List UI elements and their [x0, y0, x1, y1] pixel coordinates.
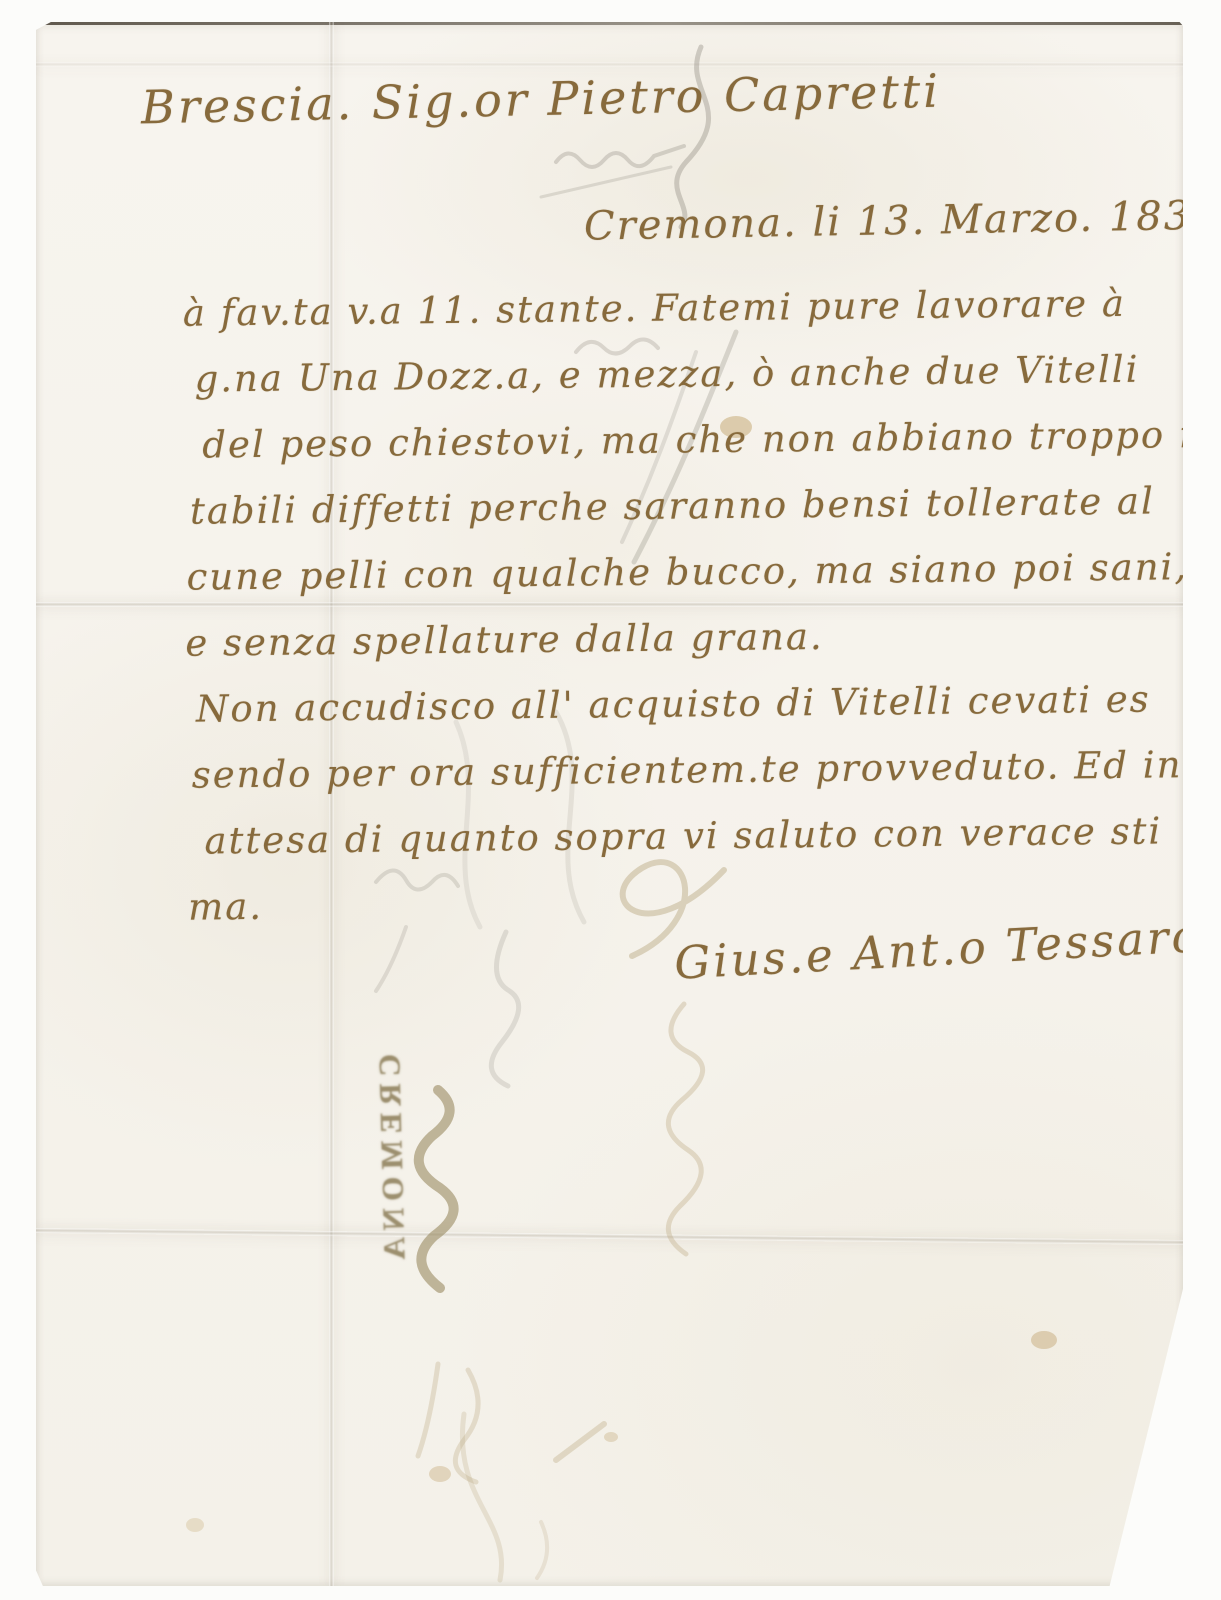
letter-paper: Brescia. Sig.or Pietro Capretti Cremona.… [36, 22, 1183, 1586]
horizontal-fold-crease-lower [36, 1228, 1183, 1245]
letter-line: Non accudisco all' acquisto di Vitelli c… [196, 666, 1221, 743]
letter-body: à fav.ta v.a 11. stante. Fatemi pure lav… [33, 270, 1221, 942]
scanned-letter-photo: Brescia. Sig.or Pietro Capretti Cremona.… [0, 0, 1221, 1600]
letter-line: à fav.ta v.a 11. stante. Fatemi pure lav… [183, 270, 1221, 347]
letter-line: g.na Una Dozz.a, e mezza, ò anche due Vi… [194, 336, 1221, 413]
letter-line: e senza spellature dalla grana. [185, 600, 1221, 677]
horizontal-fold-crease-top [36, 62, 1183, 67]
letter-line: attesa di quanto sopra vi saluto con ver… [204, 798, 1221, 875]
letter-line: tabili diffetti perche saranno bensi tol… [190, 468, 1221, 545]
address-line: Brescia. Sig.or Pietro Capretti [141, 64, 942, 135]
letter-line: cune pelli con qualche bucco, ma siano p… [186, 534, 1221, 611]
cremona-postmark-stamp: CREMONA [371, 1054, 413, 1270]
letter-line: del peso chiestovi, ma che non abbiano t… [202, 402, 1221, 479]
letter-line: sendo per ora sufficientem.te provveduto… [191, 732, 1221, 809]
dateline: Cremona. li 13. Marzo. 1833. [584, 192, 1221, 249]
